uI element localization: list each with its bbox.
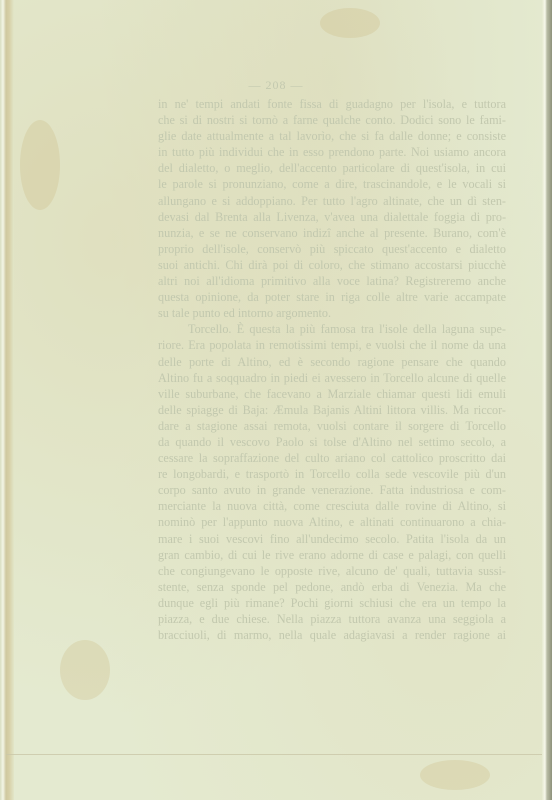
text-line: proprio dell'isole, conservò più spiccat… <box>158 241 506 257</box>
text-line: in tutto più individui che in esso prend… <box>158 144 506 160</box>
page-right-edge-shadow <box>542 0 552 800</box>
text-line: che congiungevano le opposte rive, alcun… <box>158 563 506 579</box>
page-fold-line <box>6 754 542 755</box>
text-line: suoi antichi. Chi dirà poi di coloro, ch… <box>158 257 506 273</box>
text-line: cessare la sopraffazione del culto arian… <box>158 450 506 466</box>
foxing-stain <box>60 640 110 700</box>
text-line: altri noi all'idioma primitivo alla voce… <box>158 273 506 289</box>
text-line: corpo santo avuto in grande venerazione.… <box>158 482 506 498</box>
text-line: mare i suoi vescovi fino all'undecimo se… <box>158 531 506 547</box>
text-line: ville suburbane, che facevano a Marziale… <box>158 386 506 402</box>
text-line: nunzia, e se ne conservano indizî anche … <box>158 225 506 241</box>
text-line: da quando il vescovo Paolo si tolse d'Al… <box>158 434 506 450</box>
text-line: delle spiagge di Baja: Æmula Bajanis Alt… <box>158 402 506 418</box>
body-text: in ne' tempi andati fonte fissa di guada… <box>158 96 506 643</box>
page-left-edge <box>0 0 14 800</box>
text-line: le parole si pronunziano, come a dire, t… <box>158 176 506 192</box>
text-line: dare a stagione assai remota, vuolsi con… <box>158 418 506 434</box>
text-line: gran cambio, di cui le rive erano adorne… <box>158 547 506 563</box>
text-line: Altino fu a soqquadro in piedi ei avesse… <box>158 370 506 386</box>
text-line: dunque egli più rimane? Pochi giorni sch… <box>158 595 506 611</box>
text-line: merciante la nuova città, come cresciuta… <box>158 498 506 514</box>
text-line: del dialetto, o meglio, dell'accento par… <box>158 160 506 176</box>
text-line: questa opinione, da poter stare in riga … <box>158 289 506 305</box>
text-line: delle porte di Altino, ed è secondo ragi… <box>158 354 506 370</box>
text-line: stente, senza sponde pel pedone, andò er… <box>158 579 506 595</box>
page-header: — 208 — <box>0 78 552 93</box>
text-line: riore. Era popolata in remotissimi tempi… <box>158 337 506 353</box>
foxing-stain <box>20 120 60 210</box>
paragraph-1: in ne' tempi andati fonte fissa di guada… <box>158 96 506 321</box>
text-line: in ne' tempi andati fonte fissa di guada… <box>158 96 506 112</box>
paragraph-2: Torcello. È questa la più famosa tra l'i… <box>158 321 506 643</box>
text-line: re longobardi, e trasportò in Torcello c… <box>158 466 506 482</box>
text-line: allungano e si addoppiano. Per tutto l'a… <box>158 193 506 209</box>
scanned-page: — 208 — in ne' tempi andati fonte fissa … <box>0 0 552 800</box>
text-line: che si di nostri si tornò a farne qualch… <box>158 112 506 128</box>
text-line: Torcello. È questa la più famosa tra l'i… <box>158 321 506 337</box>
text-line: devasi dal Brenta alla Livenza, v'avea u… <box>158 209 506 225</box>
foxing-stain <box>320 8 380 38</box>
text-line: glie date attualmente a tal lavorìo, che… <box>158 128 506 144</box>
text-line: su tale punto ed intorno argomento. <box>158 305 506 321</box>
foxing-stain <box>420 760 490 790</box>
text-line: piazza, e due chiese. Nella piazza tutto… <box>158 611 506 627</box>
text-line: nominò per l'appunto nuova Altino, e alt… <box>158 514 506 530</box>
text-line: bracciuoli, di marmo, nella quale adagia… <box>158 627 506 643</box>
